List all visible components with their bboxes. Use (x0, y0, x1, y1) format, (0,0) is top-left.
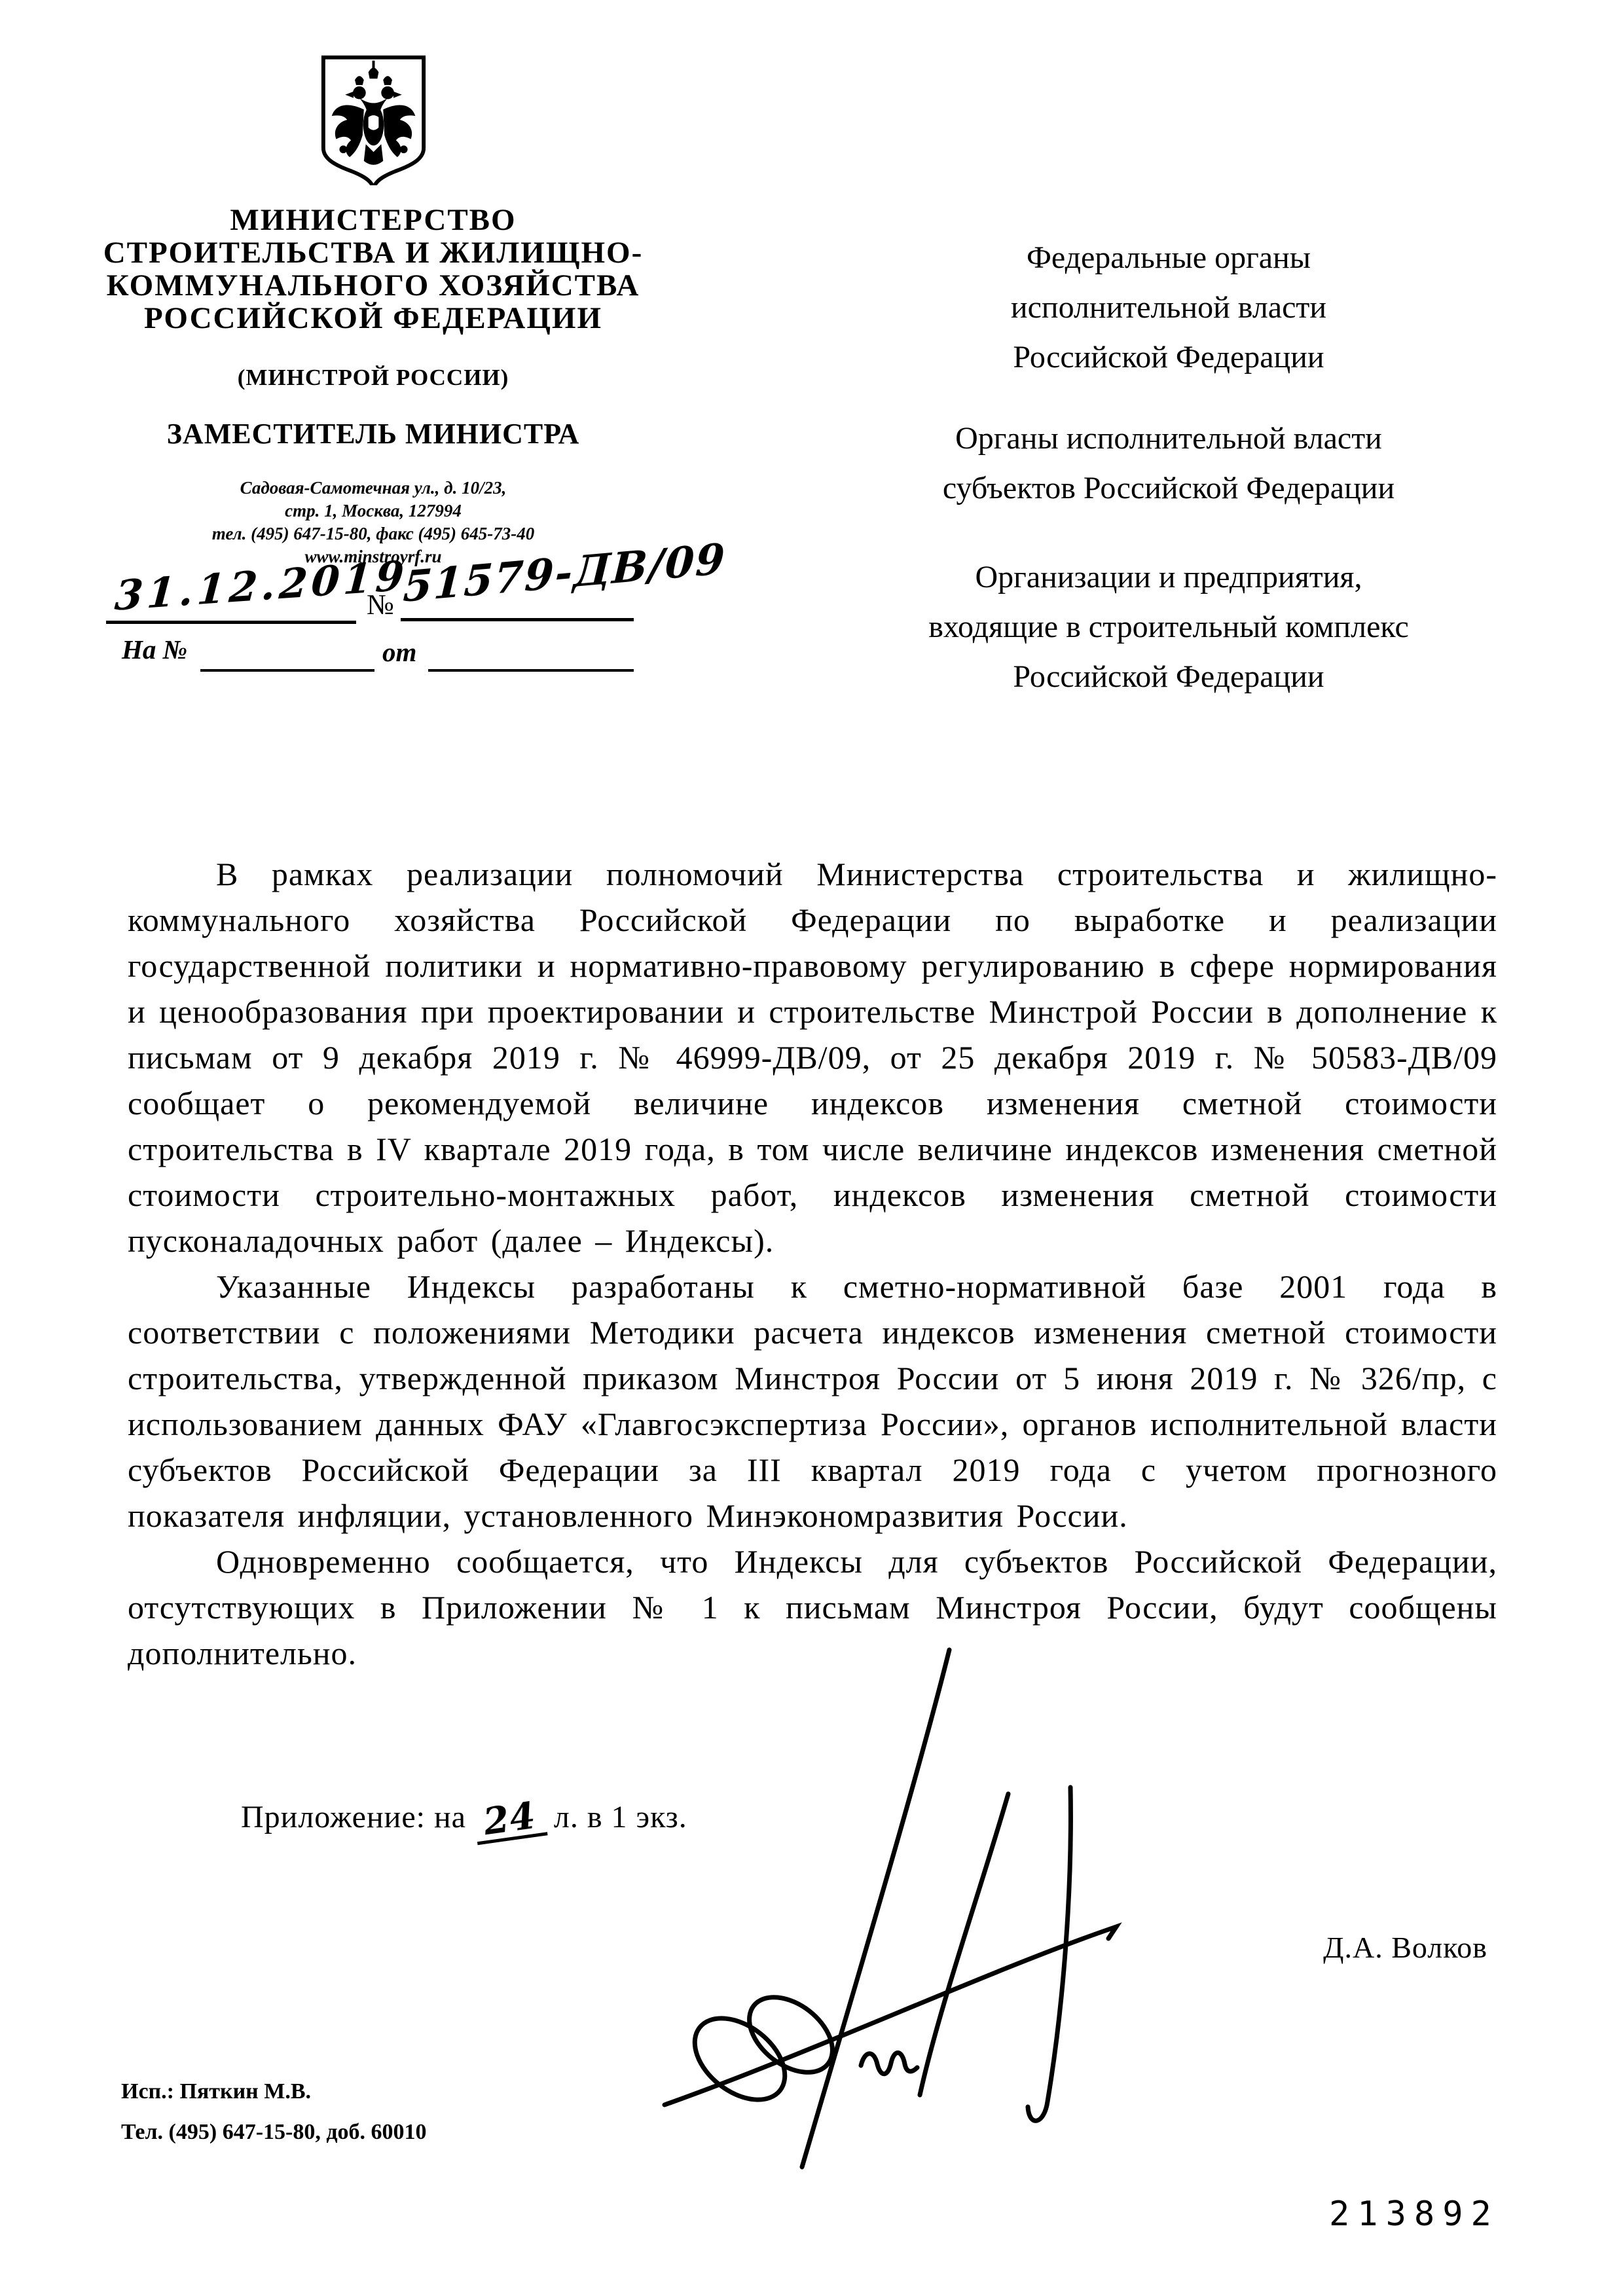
body-paragraph: В рамках реализации полномочий Министерс… (128, 851, 1497, 1264)
recipient-line: Органы исполнительной власти (838, 414, 1499, 464)
recipient-line: Федеральные органы (838, 233, 1499, 283)
recipient-line: Российской Федерации (838, 333, 1499, 382)
recipient-regional-bodies: Органы исполнительной власти субъектов Р… (838, 414, 1499, 513)
sender-position-title: ЗАМЕСТИТЕЛЬ МИНИСТРА (79, 417, 668, 450)
executor-phone-line: Тел. (495) 647-15-80, доб. 60010 (121, 2112, 427, 2153)
signature (642, 1637, 1139, 2180)
coat-of-arms-icon (319, 52, 428, 185)
recipient-organizations: Организации и предприятия, входящие в ст… (838, 553, 1499, 702)
recipients-list: Федеральные органы исполнительной власти… (838, 233, 1499, 733)
ministry-name-line: КОММУНАЛЬНОГО ХОЗЯЙСТВА (79, 269, 668, 302)
recipient-line: Организации и предприятия, (838, 553, 1499, 602)
recipient-line: субъектов Российской Федерации (838, 464, 1499, 513)
date-underline (106, 621, 356, 624)
executor-block: Исп.: Пяткин М.В. Тел. (495) 647-15-80, … (121, 2071, 427, 2153)
handwritten-sheet-count: 24 (472, 1797, 547, 1845)
number-underline (401, 618, 634, 621)
recipient-line: исполнительной власти (838, 283, 1499, 333)
address-line: тел. (495) 647-15-80, факс (495) 645-73-… (79, 522, 668, 545)
recipient-line: входящие в строительный комплекс (838, 602, 1499, 652)
reply-date-underline (428, 669, 634, 672)
reply-number-underline (200, 669, 374, 672)
ministry-short-name: (МИНСТРОЙ РОССИИ) (79, 365, 668, 391)
address-line: Садовая-Самотечная ул., д. 10/23, (79, 477, 668, 500)
reply-from-label: от (382, 636, 416, 668)
ministry-name-line: МИНИСТЕРСТВО (79, 204, 668, 236)
body-paragraph: Указанные Индексы разработаны к сметно-н… (128, 1264, 1497, 1539)
document-registration-stamp-number: 213892 (1329, 2195, 1499, 2234)
attachment-prefix: Приложение: на (241, 1800, 466, 1834)
recipient-federal-bodies: Федеральные органы исполнительной власти… (838, 233, 1499, 382)
scanned-letter-page: МИНИСТЕРСТВО СТРОИТЕЛЬСТВА И ЖИЛИЩНО- КО… (0, 0, 1623, 2296)
number-sign-label: № (367, 588, 394, 621)
attachment-note: Приложение: на 24 л. в 1 экз. (241, 1799, 687, 1840)
letterhead: МИНИСТЕРСТВО СТРОИТЕЛЬСТВА И ЖИЛИЩНО- КО… (79, 52, 668, 568)
ministry-name-line: СТРОИТЕЛЬСТВА И ЖИЛИЩНО- (79, 236, 668, 269)
signer-name: Д.А. Волков (1244, 1930, 1487, 1965)
reply-to-number-label: На № (122, 634, 187, 665)
recipient-line: Российской Федерации (838, 652, 1499, 702)
executor-name-line: Исп.: Пяткин М.В. (121, 2071, 427, 2112)
ministry-name-line: РОССИЙСКОЙ ФЕДЕРАЦИИ (79, 302, 668, 335)
ministry-name: МИНИСТЕРСТВО СТРОИТЕЛЬСТВА И ЖИЛИЩНО- КО… (79, 204, 668, 335)
address-line: стр. 1, Москва, 127994 (79, 500, 668, 522)
letter-body: В рамках реализации полномочий Министерс… (128, 851, 1497, 1676)
